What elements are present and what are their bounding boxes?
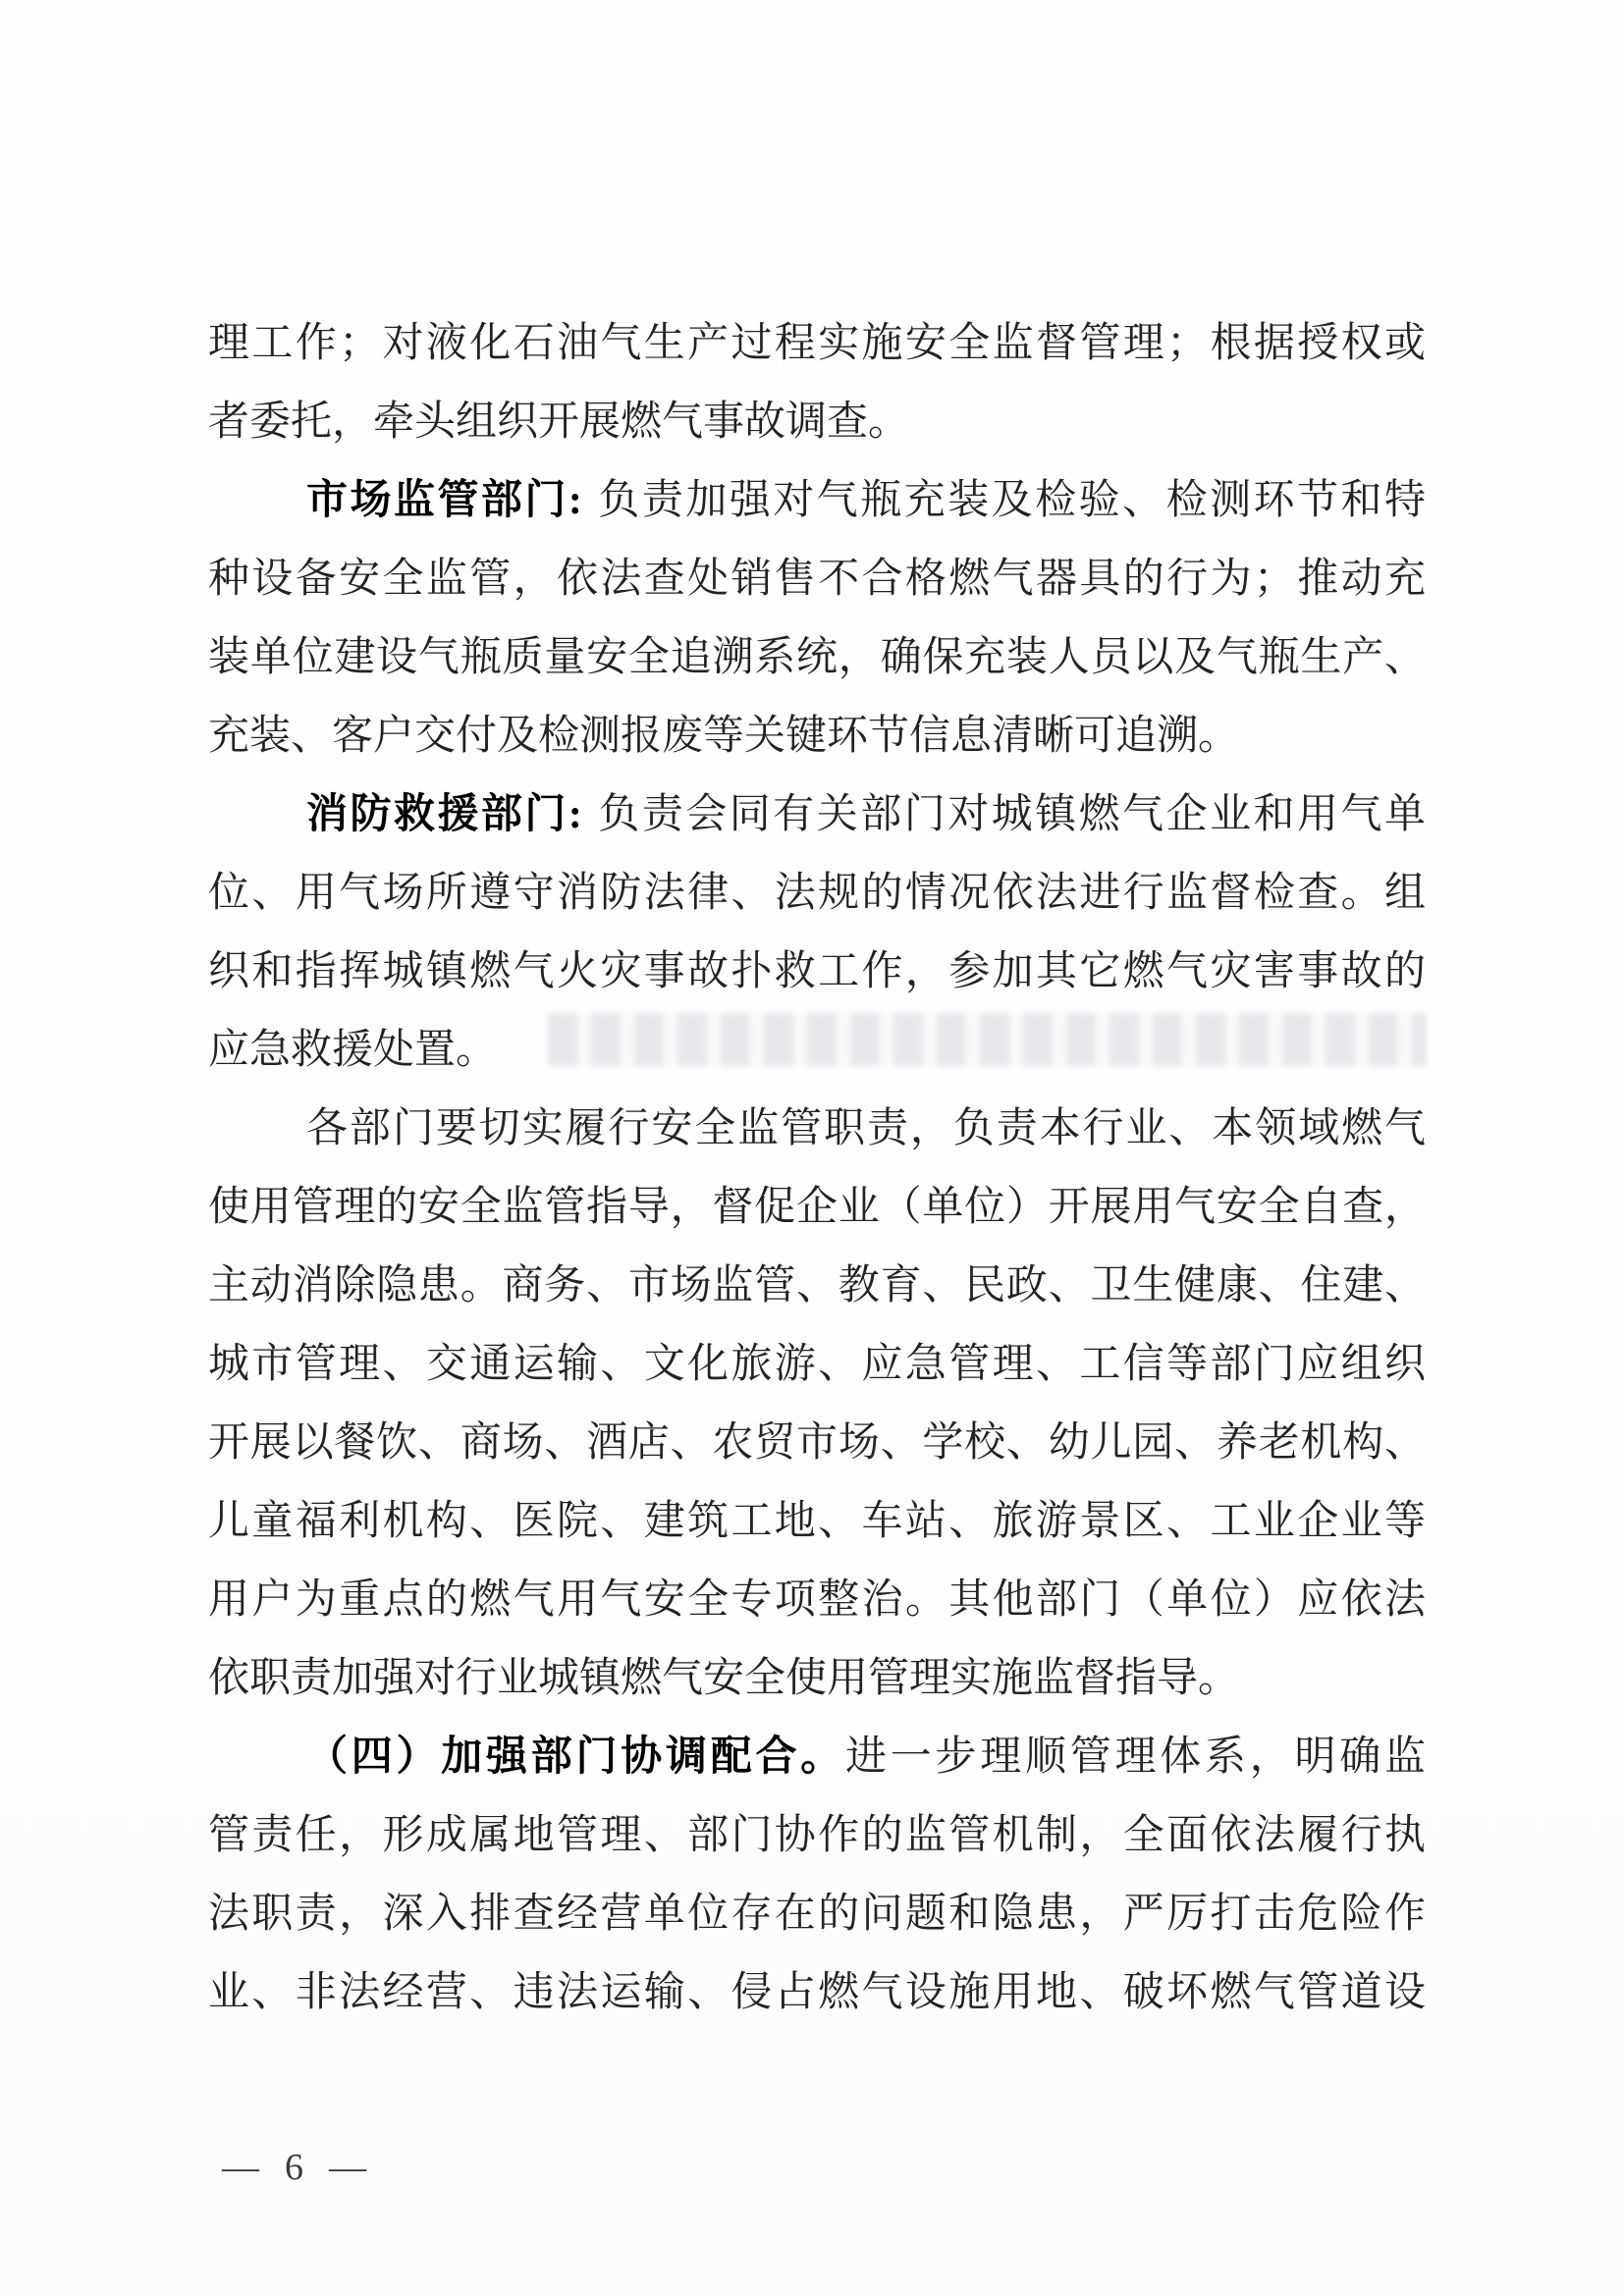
body-line-text: 负责会同有关部门对城镇燃气企业和用气单: [596, 792, 1426, 837]
body-line: （四）加强部门协调配合。进一步理顺管理体系，明确监: [208, 1718, 1426, 1796]
section-heading-item-4: （四）加强部门协调配合。: [306, 1735, 845, 1780]
body-line-text: 城市管理、交通运输、文化旅游、应急管理、工信等部门应组织: [208, 1342, 1426, 1387]
body-line: 充装、客户交付及检测报废等关键环节信息清晰可追溯。: [208, 697, 1426, 775]
body-line-text: 织和指挥城镇燃气火灾事故扑救工作，参加其它燃气灾害事故的: [208, 949, 1426, 994]
footer-dash-right: —: [329, 2143, 366, 2192]
body-line-text: 进一步理顺管理体系，明确监: [845, 1735, 1426, 1780]
body-line-text: 装单位建设气瓶质量安全追溯系统，确保充装人员以及气瓶生产、: [208, 635, 1426, 680]
body-line-text: 用户为重点的燃气用气安全专项整治。其他部门（单位）应依法: [208, 1577, 1426, 1623]
body-line: 位、用气场所遵守消防法律、法规的情况依法进行监督检查。组: [208, 854, 1426, 933]
body-line-text: 各部门要切实履行安全监管职责，负责本行业、本领域燃气: [306, 1106, 1426, 1151]
page-footer: — 6 —: [222, 2143, 366, 2192]
body-line: 儿童福利机构、医院、建筑工地、车站、旅游景区、工业企业等: [208, 1482, 1426, 1561]
page-number: 6: [285, 2143, 303, 2192]
body-text: 理工作；对液化石油气生产过程实施安全监督管理；根据授权或 者委托，牵头组织开展燃…: [208, 304, 1426, 2032]
body-line-text: 种设备安全监管，依法查处销售不合格燃气器具的行为；推动充: [208, 557, 1426, 602]
body-line: 管责任，形成属地管理、部门协作的监管机制，全面依法履行执: [208, 1796, 1426, 1875]
body-line: 城市管理、交通运输、文化旅游、应急管理、工信等部门应组织: [208, 1325, 1426, 1404]
department-heading-market-regulation: 市场监管部门:: [306, 478, 582, 523]
body-line: 用户为重点的燃气用气安全专项整治。其他部门（单位）应依法: [208, 1561, 1426, 1639]
body-line: 消防救援部门:负责会同有关部门对城镇燃气企业和用气单: [208, 775, 1426, 854]
body-line: 织和指挥城镇燃气火灾事故扑救工作，参加其它燃气灾害事故的: [208, 933, 1426, 1011]
body-line-text: 充装、客户交付及检测报废等关键环节信息清晰可追溯。: [208, 714, 1239, 759]
body-line-text: 依职责加强对行业城镇燃气安全使用管理实施监督指导。: [208, 1656, 1239, 1701]
body-line: 依职责加强对行业城镇燃气安全使用管理实施监督指导。: [208, 1639, 1426, 1718]
body-line-text: 应急救援处置。: [208, 1028, 497, 1073]
body-line: 市场监管部门:负责加强对气瓶充装及检验、检测环节和特: [208, 461, 1426, 540]
body-line: 法职责，深入排查经营单位存在的问题和隐患，严厉打击危险作: [208, 1875, 1426, 1953]
body-line-text: 使用管理的安全监管指导，督促企业（单位）开展用气安全自查，: [208, 1185, 1426, 1230]
body-line: 主动消除隐患。商务、市场监管、教育、民政、卫生健康、住建、: [208, 1247, 1426, 1325]
body-line: 使用管理的安全监管指导，督促企业（单位）开展用气安全自查，: [208, 1168, 1426, 1247]
body-line: 者委托，牵头组织开展燃气事故调查。: [208, 383, 1426, 461]
body-line: 各部门要切实履行安全监管职责，负责本行业、本领域燃气: [208, 1090, 1426, 1168]
body-line-text: 管责任，形成属地管理、部门协作的监管机制，全面依法履行执: [208, 1813, 1426, 1858]
body-line-text: 开展以餐饮、商场、酒店、农贸市场、学校、幼儿园、养老机构、: [208, 1420, 1426, 1466]
body-line-text: 业、非法经营、违法运输、侵占燃气设施用地、破坏燃气管道设: [208, 1970, 1426, 2015]
document-page: 理工作；对液化石油气生产过程实施安全监督管理；根据授权或 者委托，牵头组织开展燃…: [0, 0, 1623, 2296]
body-line: 业、非法经营、违法运输、侵占燃气设施用地、破坏燃气管道设: [208, 1953, 1426, 2032]
body-line: 理工作；对液化石油气生产过程实施安全监督管理；根据授权或: [208, 304, 1426, 383]
body-line: 种设备安全监管，依法查处销售不合格燃气器具的行为；推动充: [208, 540, 1426, 618]
body-line-text: 主动消除隐患。商务、市场监管、教育、民政、卫生健康、住建、: [208, 1263, 1426, 1308]
body-line-text: 位、用气场所遵守消防法律、法规的情况依法进行监督检查。组: [208, 871, 1426, 916]
body-line: 开展以餐饮、商场、酒店、农贸市场、学校、幼儿园、养老机构、: [208, 1404, 1426, 1482]
body-line: 装单位建设气瓶质量安全追溯系统，确保充装人员以及气瓶生产、: [208, 618, 1426, 697]
bleed-through-smudge: [548, 1013, 1427, 1066]
body-line-text: 理工作；对液化石油气生产过程实施安全监督管理；根据授权或: [208, 321, 1426, 366]
body-line-text: 负责加强对气瓶充装及检验、检测环节和特: [596, 478, 1426, 523]
body-line-text: 儿童福利机构、医院、建筑工地、车站、旅游景区、工业企业等: [208, 1499, 1426, 1544]
body-line-text: 者委托，牵头组织开展燃气事故调查。: [208, 400, 909, 445]
footer-dash-left: —: [222, 2143, 259, 2192]
department-heading-fire-rescue: 消防救援部门:: [306, 792, 582, 837]
body-line-text: 法职责，深入排查经营单位存在的问题和隐患，严厉打击危险作: [208, 1892, 1426, 1937]
